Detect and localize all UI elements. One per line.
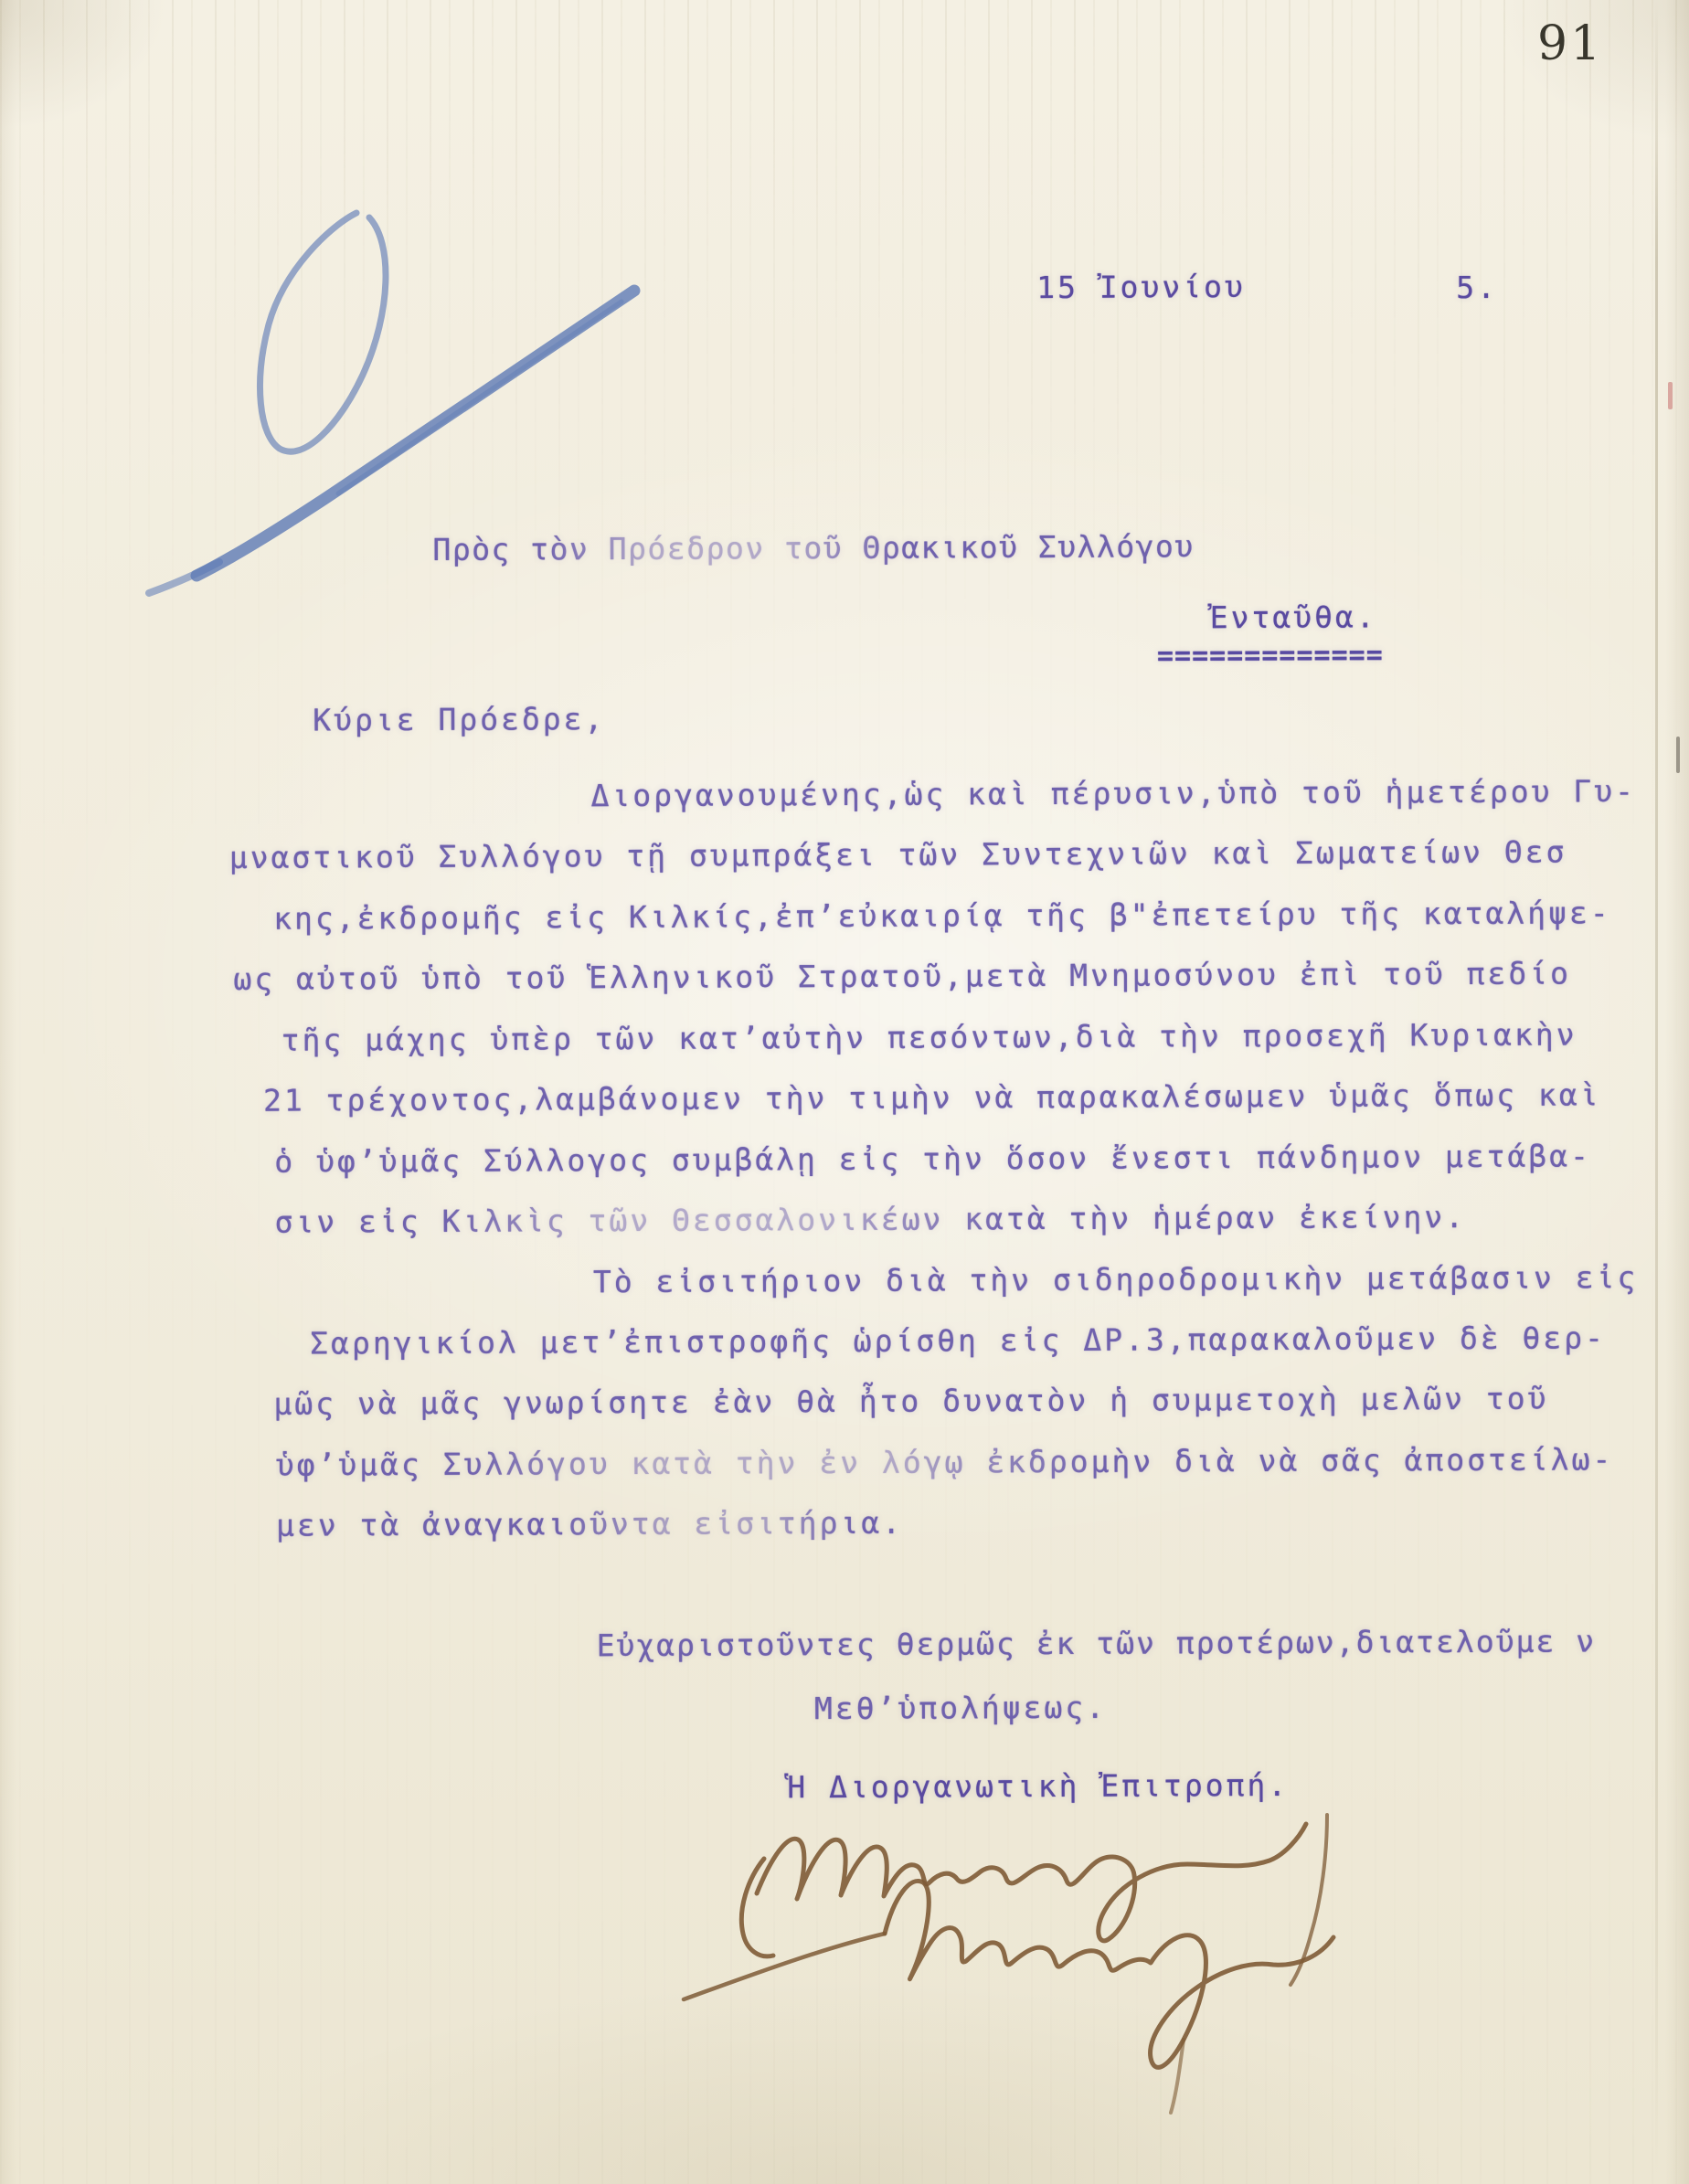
valediction: Μεθ’ὑπολήψεως. — [814, 1690, 1107, 1726]
committee-line: Ἡ Διοργανωτικὴ Ἐπιτροπή. — [787, 1767, 1289, 1805]
body-line: 21 τρέχοντος,λαμβάνομεν τὴν τιμὴν νὰ παρ… — [263, 1076, 1601, 1118]
body-line: τῆς μάχης ὑπὲρ τῶν κατ’αὐτὴν πεσόντων,δι… — [281, 1017, 1577, 1058]
letter-content: 15 Ἰουνίου 5. Πρὸς τὸν Πρόεδρον τοῦ Θρακ… — [0, 0, 1689, 2184]
body-line: ὑφ’ὑμᾶς Συλλόγου κατὰ τὴν ἐν λόγῳ ἐκδρομ… — [276, 1441, 1614, 1482]
body-line: ὁ ὑφ’ὑμᾶς Σύλλογος συμβάλῃ εἰς τὴν ὅσον … — [274, 1138, 1591, 1179]
body-line: σιν εἰς Κιλκὶς τῶν Θεσσαλονικέων κατὰ τὴ… — [275, 1199, 1467, 1240]
body-line: μῶς νὰ μᾶς γνωρίσητε ἐὰν θὰ ἦτο δυνατὸν … — [273, 1381, 1548, 1422]
body-line: μεν τὰ ἀναγκαιοῦντα εἰσιτήρια. — [276, 1505, 903, 1543]
body-line: Διοργανουμένης,ὡς καὶ πέρυσιν,ὑπὸ τοῦ ἡμ… — [590, 773, 1636, 813]
recipient-line: Πρὸς τὸν Πρόεδρον τοῦ Θρακικοῦ Συλλόγου — [432, 528, 1195, 567]
salutation: Κύριε Πρόεδρε, — [313, 701, 605, 737]
body-line: Σαρηγικίολ μετ’ἐπιστροφῆς ὡρίσθη εἰς ΔΡ.… — [310, 1320, 1606, 1361]
location-line: Ἐνταῦθα. — [1210, 599, 1377, 635]
date-line: 15 Ἰουνίου — [1036, 269, 1246, 305]
separator-line: ============= — [1157, 639, 1384, 672]
body-line: Τὸ εἰσιτήριον διὰ τὴν σιδηροδρομικὴν μετ… — [593, 1259, 1639, 1299]
body-line: μναστικοῦ Συλλόγου τῇ συμπράξει τῶν Συντ… — [229, 834, 1567, 875]
closing-line: Εὐχαριστοῦντες θερμῶς ἐκ τῶν προτέρων,δι… — [597, 1623, 1597, 1663]
body-line: κης,ἐκδρομῆς εἰς Κιλκίς,ἐπ’εὐκαιρίᾳ τῆς … — [273, 895, 1611, 936]
date-number: 5. — [1456, 270, 1498, 305]
body-line: ως αὐτοῦ ὑπὸ τοῦ Ἑλληνικοῦ Στρατοῦ,μετὰ … — [233, 956, 1571, 997]
scanned-letter-page: 91 15 Ἰουνίου 5. Πρὸς τὸν Πρόεδρον τοῦ Θ… — [0, 0, 1689, 2184]
